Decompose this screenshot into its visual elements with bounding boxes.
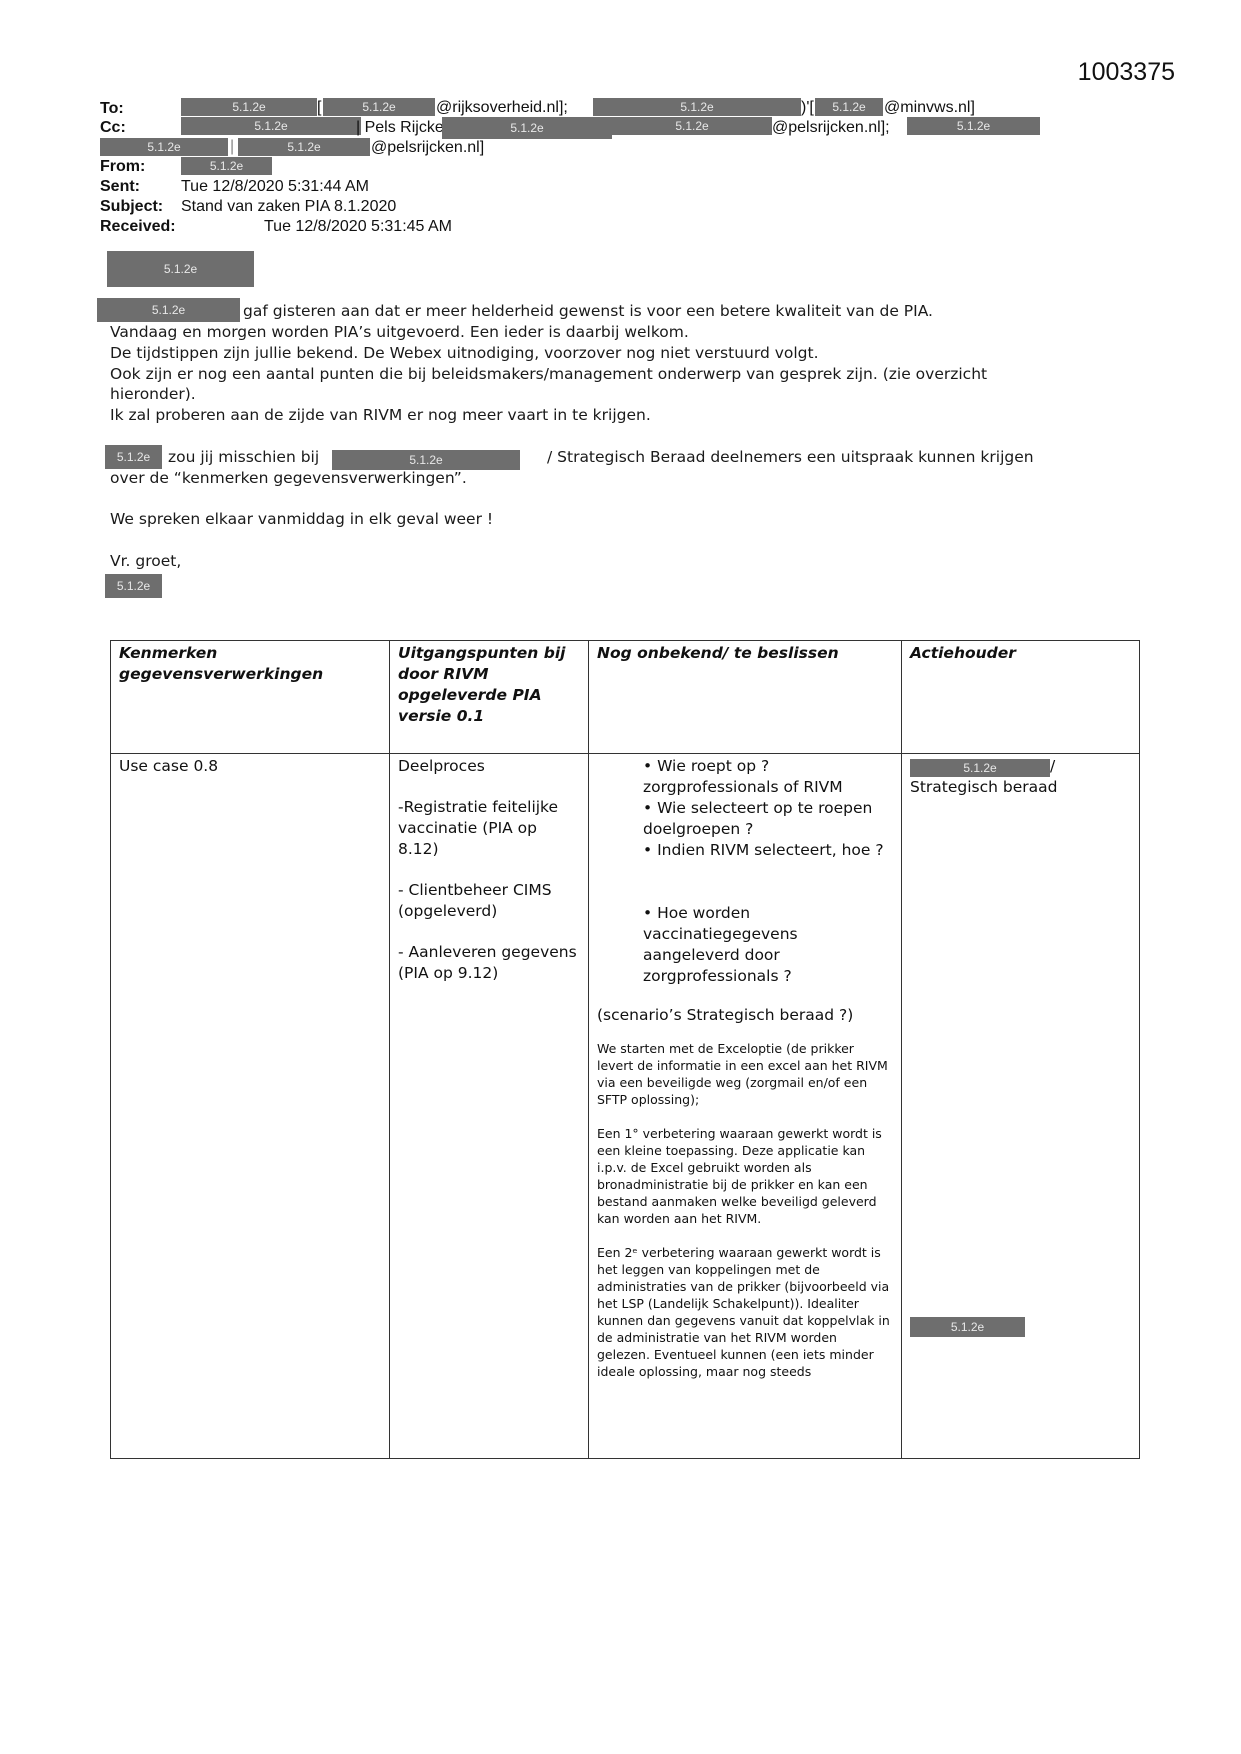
redaction: 5.1.2e — [181, 157, 272, 175]
header-uitgangspunten-text: Uitgangspunten bij door RIVM opgeleverde… — [398, 644, 565, 725]
to-address-domain: @rijksoverheid.nl]; — [436, 99, 568, 117]
actiehouder-text: Strategisch beraad — [910, 777, 1131, 798]
note-paragraph: Een 1° verbetering waaraan gewerkt wordt… — [597, 1125, 893, 1227]
subject-label: Subject: — [100, 198, 163, 216]
body-line: zou jij misschien bij — [168, 447, 319, 468]
header-kenmerken: Kenmerken gegevensverwerkingen — [111, 641, 390, 754]
body-line: over de “kenmerken gegevensverwerkingen”… — [110, 468, 467, 489]
subject-value: Stand van zaken PIA 8.1.2020 — [181, 198, 396, 216]
table-row: Use case 0.8 Deelproces -Registratie fei… — [111, 754, 1140, 1459]
deelproces-title: Deelproces — [398, 756, 580, 777]
to-address-domain: @minvws.nl] — [884, 99, 975, 117]
cc-fragment: | Pels Rijcken — [356, 119, 453, 137]
body-line: / Strategisch Beraad deelnemers een uits… — [547, 447, 1034, 468]
to-label: To: — [100, 100, 124, 118]
table-header-row: Kenmerken gegevensverwerkingen Uitgangsp… — [111, 641, 1140, 754]
redaction: 5.1.2e — [105, 445, 162, 469]
to-fragment: [ — [317, 99, 321, 117]
redaction: 5.1.2e — [323, 98, 435, 116]
open-question: • Wie selecteert op te roepen doelgroepe… — [643, 798, 889, 840]
header-actiehouder: Actiehouder — [902, 641, 1140, 754]
cell-uitgangspunten: Deelproces -Registratie feitelijke vacci… — [390, 754, 589, 1459]
header-nog-onbekend: Nog onbekend/ te beslissen — [589, 641, 902, 754]
redaction: 5.1.2e — [100, 138, 228, 156]
redaction: 5.1.2e — [181, 117, 361, 135]
open-question: • Indien RIVM selecteert, hoe ? — [643, 840, 889, 861]
body-line: De tijdstippen zijn jullie bekend. De We… — [110, 343, 819, 364]
sent-value: Tue 12/8/2020 5:31:44 AM — [181, 178, 369, 196]
salutation-redaction: 5.1.2e — [107, 251, 254, 287]
open-question: • Wie roept op ? zorgprofessionals of RI… — [643, 756, 889, 798]
note-paragraph: Een 2ᵉ verbetering waaraan gewerkt wordt… — [597, 1244, 893, 1380]
cell-actiehouder: 5.1.2e / Strategisch beraad 5.1.2e — [902, 754, 1140, 1459]
redaction: 5.1.2e — [181, 98, 317, 116]
received-label: Received: — [100, 218, 176, 236]
body-line: We spreken elkaar vanmiddag in elk geval… — [110, 509, 493, 530]
body-line: Ik zal proberen aan de zijde van RIVM er… — [110, 405, 651, 426]
open-question: • Hoe worden vaccinatiegegevens aangelev… — [643, 903, 889, 987]
signature-redaction: 5.1.2e — [105, 574, 162, 598]
redaction: 5.1.2e — [907, 117, 1040, 135]
redaction: 5.1.2e — [332, 450, 520, 470]
deelproces-item: - Clientbeheer CIMS (opgeleverd) — [398, 880, 580, 922]
cc-address-domain: @pelsrijcken.nl]; — [772, 119, 890, 137]
header-uitgangspunten: Uitgangspunten bij door RIVM opgeleverde… — [390, 641, 589, 754]
cc-fragment: | — [230, 138, 234, 156]
redaction: 5.1.2e — [238, 138, 370, 156]
redaction: 5.1.2e — [97, 298, 240, 322]
body-line: Ook zijn er nog een aantal punten die bi… — [110, 364, 987, 385]
actiehouder-redaction: 5.1.2e — [910, 759, 1050, 777]
from-label: From: — [100, 158, 145, 176]
redaction: 5.1.2e — [815, 98, 883, 116]
received-value: Tue 12/8/2020 5:31:45 AM — [264, 218, 452, 236]
body-line: hieronder). — [110, 384, 196, 405]
actiehouder-separator: / — [1050, 756, 1055, 777]
deelproces-item: -Registratie feitelijke vaccinatie (PIA … — [398, 797, 580, 860]
redaction: 5.1.2e — [442, 117, 612, 139]
cc-address-domain: @pelsrijcken.nl] — [371, 139, 484, 157]
deelproces-item: - Aanleveren gegevens (PIA op 9.12) — [398, 942, 580, 984]
document-number: 1003375 — [1078, 58, 1175, 87]
cell-nog-onbekend: • Wie roept op ? zorgprofessionals of RI… — [589, 754, 902, 1459]
pia-status-table: Kenmerken gegevensverwerkingen Uitgangsp… — [110, 640, 1140, 1459]
closing: Vr. groet, — [110, 551, 181, 572]
cc-label: Cc: — [100, 119, 126, 137]
to-fragment: )'[ — [801, 99, 814, 117]
note-paragraph: We starten met de Exceloptie (de prikker… — [597, 1040, 893, 1108]
body-line: gaf gisteren aan dat er meer helderheid … — [243, 301, 933, 322]
redaction: 5.1.2e — [612, 117, 772, 135]
sent-label: Sent: — [100, 178, 140, 196]
body-line: Vandaag en morgen worden PIA’s uitgevoer… — [110, 322, 689, 343]
scenario-note: (scenario’s Strategisch beraad ?) — [597, 1005, 893, 1026]
redaction: 5.1.2e — [593, 98, 801, 116]
cell-kenmerk: Use case 0.8 — [111, 754, 390, 1459]
actiehouder-redaction: 5.1.2e — [910, 1317, 1025, 1337]
